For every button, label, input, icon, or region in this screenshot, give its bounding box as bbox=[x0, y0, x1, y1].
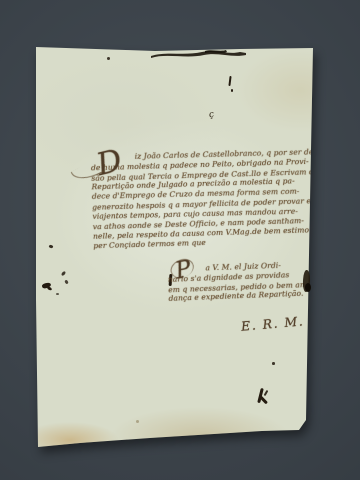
ink-smear-top-edge bbox=[150, 47, 248, 63]
ink-exclamation-dot bbox=[231, 89, 233, 92]
manuscript-paper: ç D iz João Carlos de Castellobranco, q … bbox=[0, 0, 360, 480]
ink-squiggle-mark: ç bbox=[208, 110, 215, 121]
ink-splatter bbox=[41, 282, 51, 290]
body-text-block: D iz João Carlos de Castellobranco, q po… bbox=[91, 147, 316, 252]
photo-background: ç D iz João Carlos de Castellobranco, q … bbox=[0, 0, 360, 480]
ink-splatter bbox=[47, 286, 53, 291]
ink-speck bbox=[272, 362, 275, 365]
ink-scribble-bottom bbox=[257, 388, 263, 403]
paper-speck bbox=[136, 420, 139, 423]
ink-speck bbox=[56, 293, 59, 295]
signoff-erm: E. R. M. bbox=[240, 313, 304, 333]
ink-speck bbox=[49, 244, 54, 248]
ink-exclamation-mark bbox=[228, 76, 231, 86]
ink-speck bbox=[61, 271, 67, 277]
ink-speck bbox=[64, 280, 69, 285]
ink-speck bbox=[107, 57, 110, 60]
body-lines: iz João Carlos de Castellobranco, q por … bbox=[91, 147, 316, 252]
manuscript-paper-shadow: ç D iz João Carlos de Castellobranco, q … bbox=[0, 0, 360, 480]
ink-scribble-bottom bbox=[259, 396, 268, 405]
ink-scribble-bottom bbox=[264, 390, 269, 396]
closing-text-block: P a V. M. el Juiz Ordi-nario s'a dignida… bbox=[167, 259, 318, 304]
